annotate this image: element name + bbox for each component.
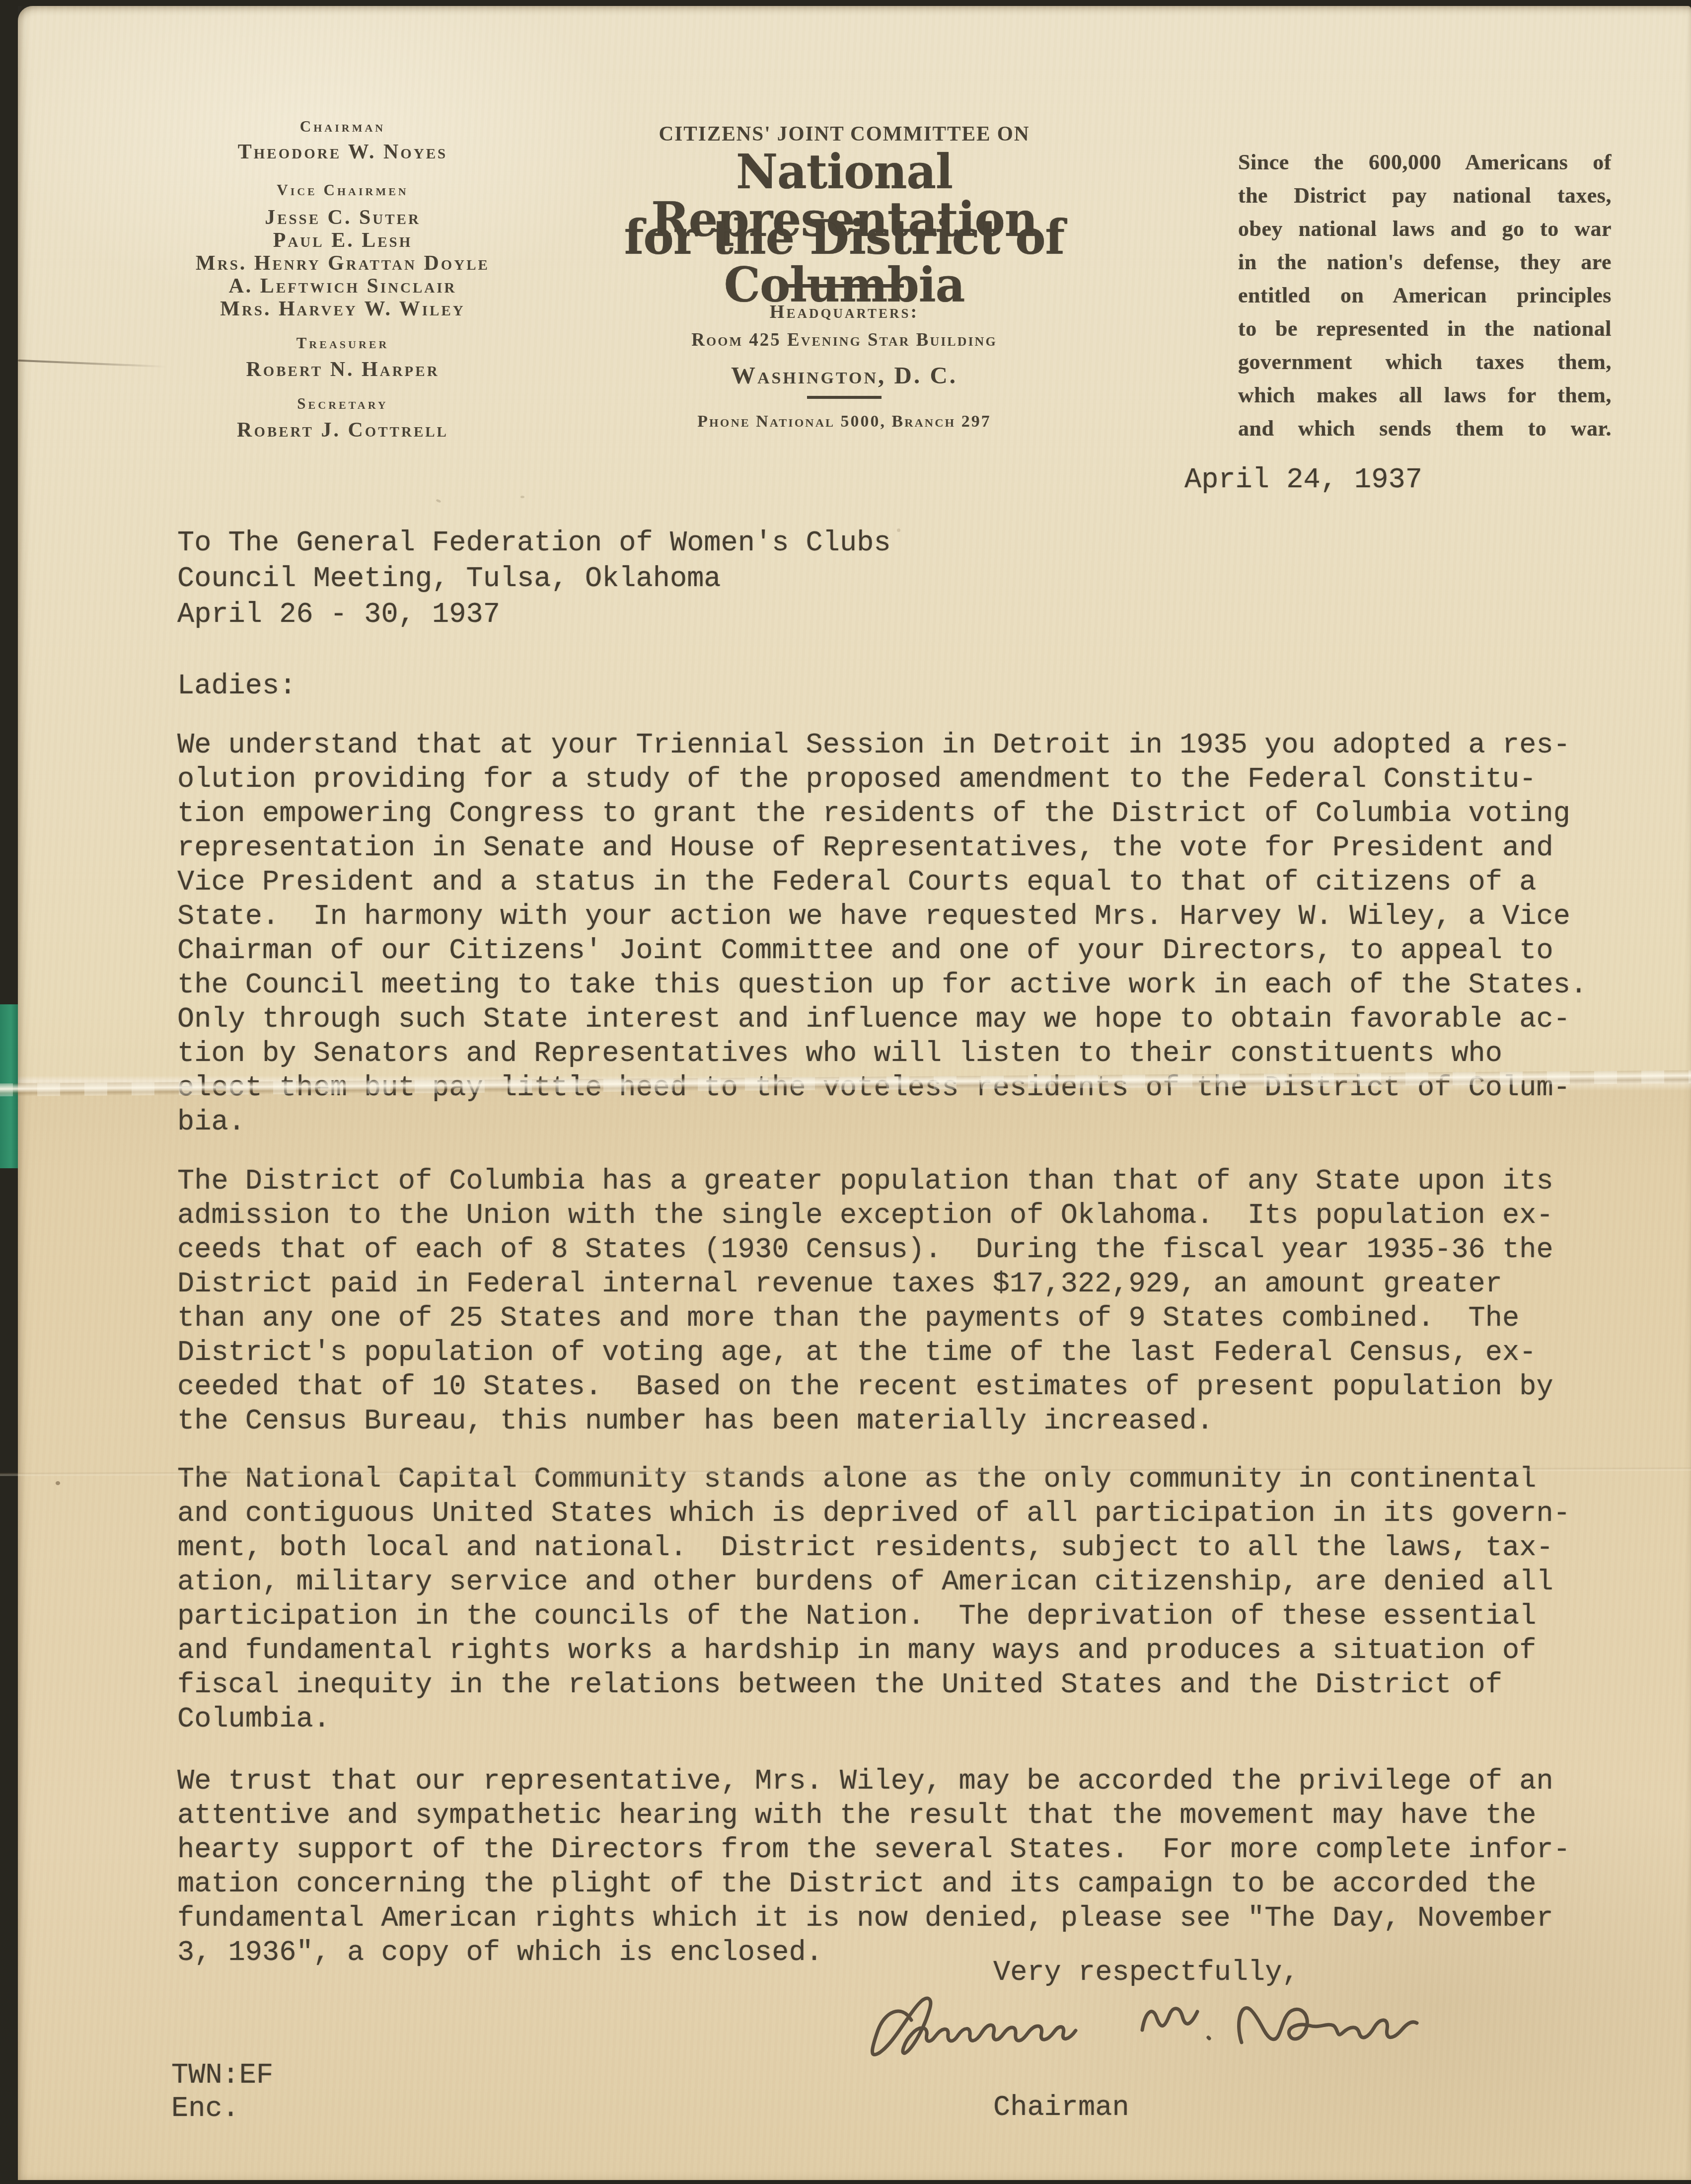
treasurer-label: Treasurer [114,335,571,351]
address-line: Council Meeting, Tulsa, Oklahoma [177,561,721,597]
paper-spot [56,1481,60,1485]
vice-chairman-name: A. Leftwich Sinclair [114,276,571,297]
body-paragraph-1: We understand that at your Triennial Ses… [177,729,1587,1106]
committee-name-line2: for the District of Columbia [598,214,1090,308]
vice-chairmen-label: Vice Chairmen [114,182,571,198]
chairman-name: Theodore W. Noyes [114,142,571,162]
body-paragraph-1-runover: bia. [177,1106,245,1140]
slogan-line: entitled on American principles [1238,279,1612,312]
crease-mark [214,1471,230,1473]
secretary-name: Robert J. Cottrell [114,420,571,441]
headquarters-label: Headquarters: [598,302,1090,321]
slogan-line: obey national laws and go to war [1238,212,1612,245]
divider-rule [807,396,882,399]
enclosure-note: Enc. [171,2092,239,2126]
body-paragraph-2: The District of Columbia has a greater p… [177,1165,1553,1439]
vice-chairman-name: Mrs. Harvey W. Wiley [114,299,571,319]
slogan-line: to be represented in the national [1238,312,1612,345]
treasurer-name: Robert N. Harper [114,359,571,380]
letterhead-slogan: Since the 600,000 Americans of the Distr… [1238,146,1612,445]
slogan-line: which makes all laws for them, [1238,378,1612,412]
slogan-line: in the nation's defense, they are [1238,245,1612,279]
signature-script [864,1983,1420,2067]
secretary-label: Secretary [114,396,571,411]
salutation: Ladies: [177,670,296,704]
vice-chairman-name: Mrs. Henry Grattan Doyle [114,253,571,274]
body-paragraph-3: The National Capital Community stands al… [177,1463,1570,1737]
ink-smudge [520,496,524,498]
letter-date: April 24, 1937 [1184,463,1422,498]
vice-chairman-name: Paul E. Lesh [114,230,571,251]
address-line: April 26 - 30, 1937 [177,597,500,633]
headquarters-city: Washington, D. C. [598,363,1090,387]
scanned-letter-canvas: Chairman Theodore W. Noyes Vice Chairmen… [0,0,1691,2184]
slogan-line: Since the 600,000 Americans of [1238,146,1612,179]
chairman-label: Chairman [114,119,571,134]
slogan-line: government which taxes them, [1238,345,1612,378]
signature-title: Chairman [993,2091,1129,2125]
slogan-line: and which sends them to war. [1238,412,1612,445]
headquarters-phone: Phone National 5000, Branch 297 [598,413,1090,430]
ink-smudge [897,528,900,532]
body-paragraph-4: We trust that our representative, Mrs. W… [177,1765,1570,1970]
address-line: To The General Federation of Women's Clu… [177,526,891,561]
reference-initials: TWN:EF [171,2059,273,2093]
divider-rule [785,284,904,288]
vice-chairman-name: Jesse C. Suter [114,207,571,228]
slogan-line: the District pay national taxes, [1238,179,1612,212]
headquarters-address: Room 425 Evening Star Building [598,331,1090,349]
committee-kicker: Citizens' Joint Committee on [608,123,1080,145]
